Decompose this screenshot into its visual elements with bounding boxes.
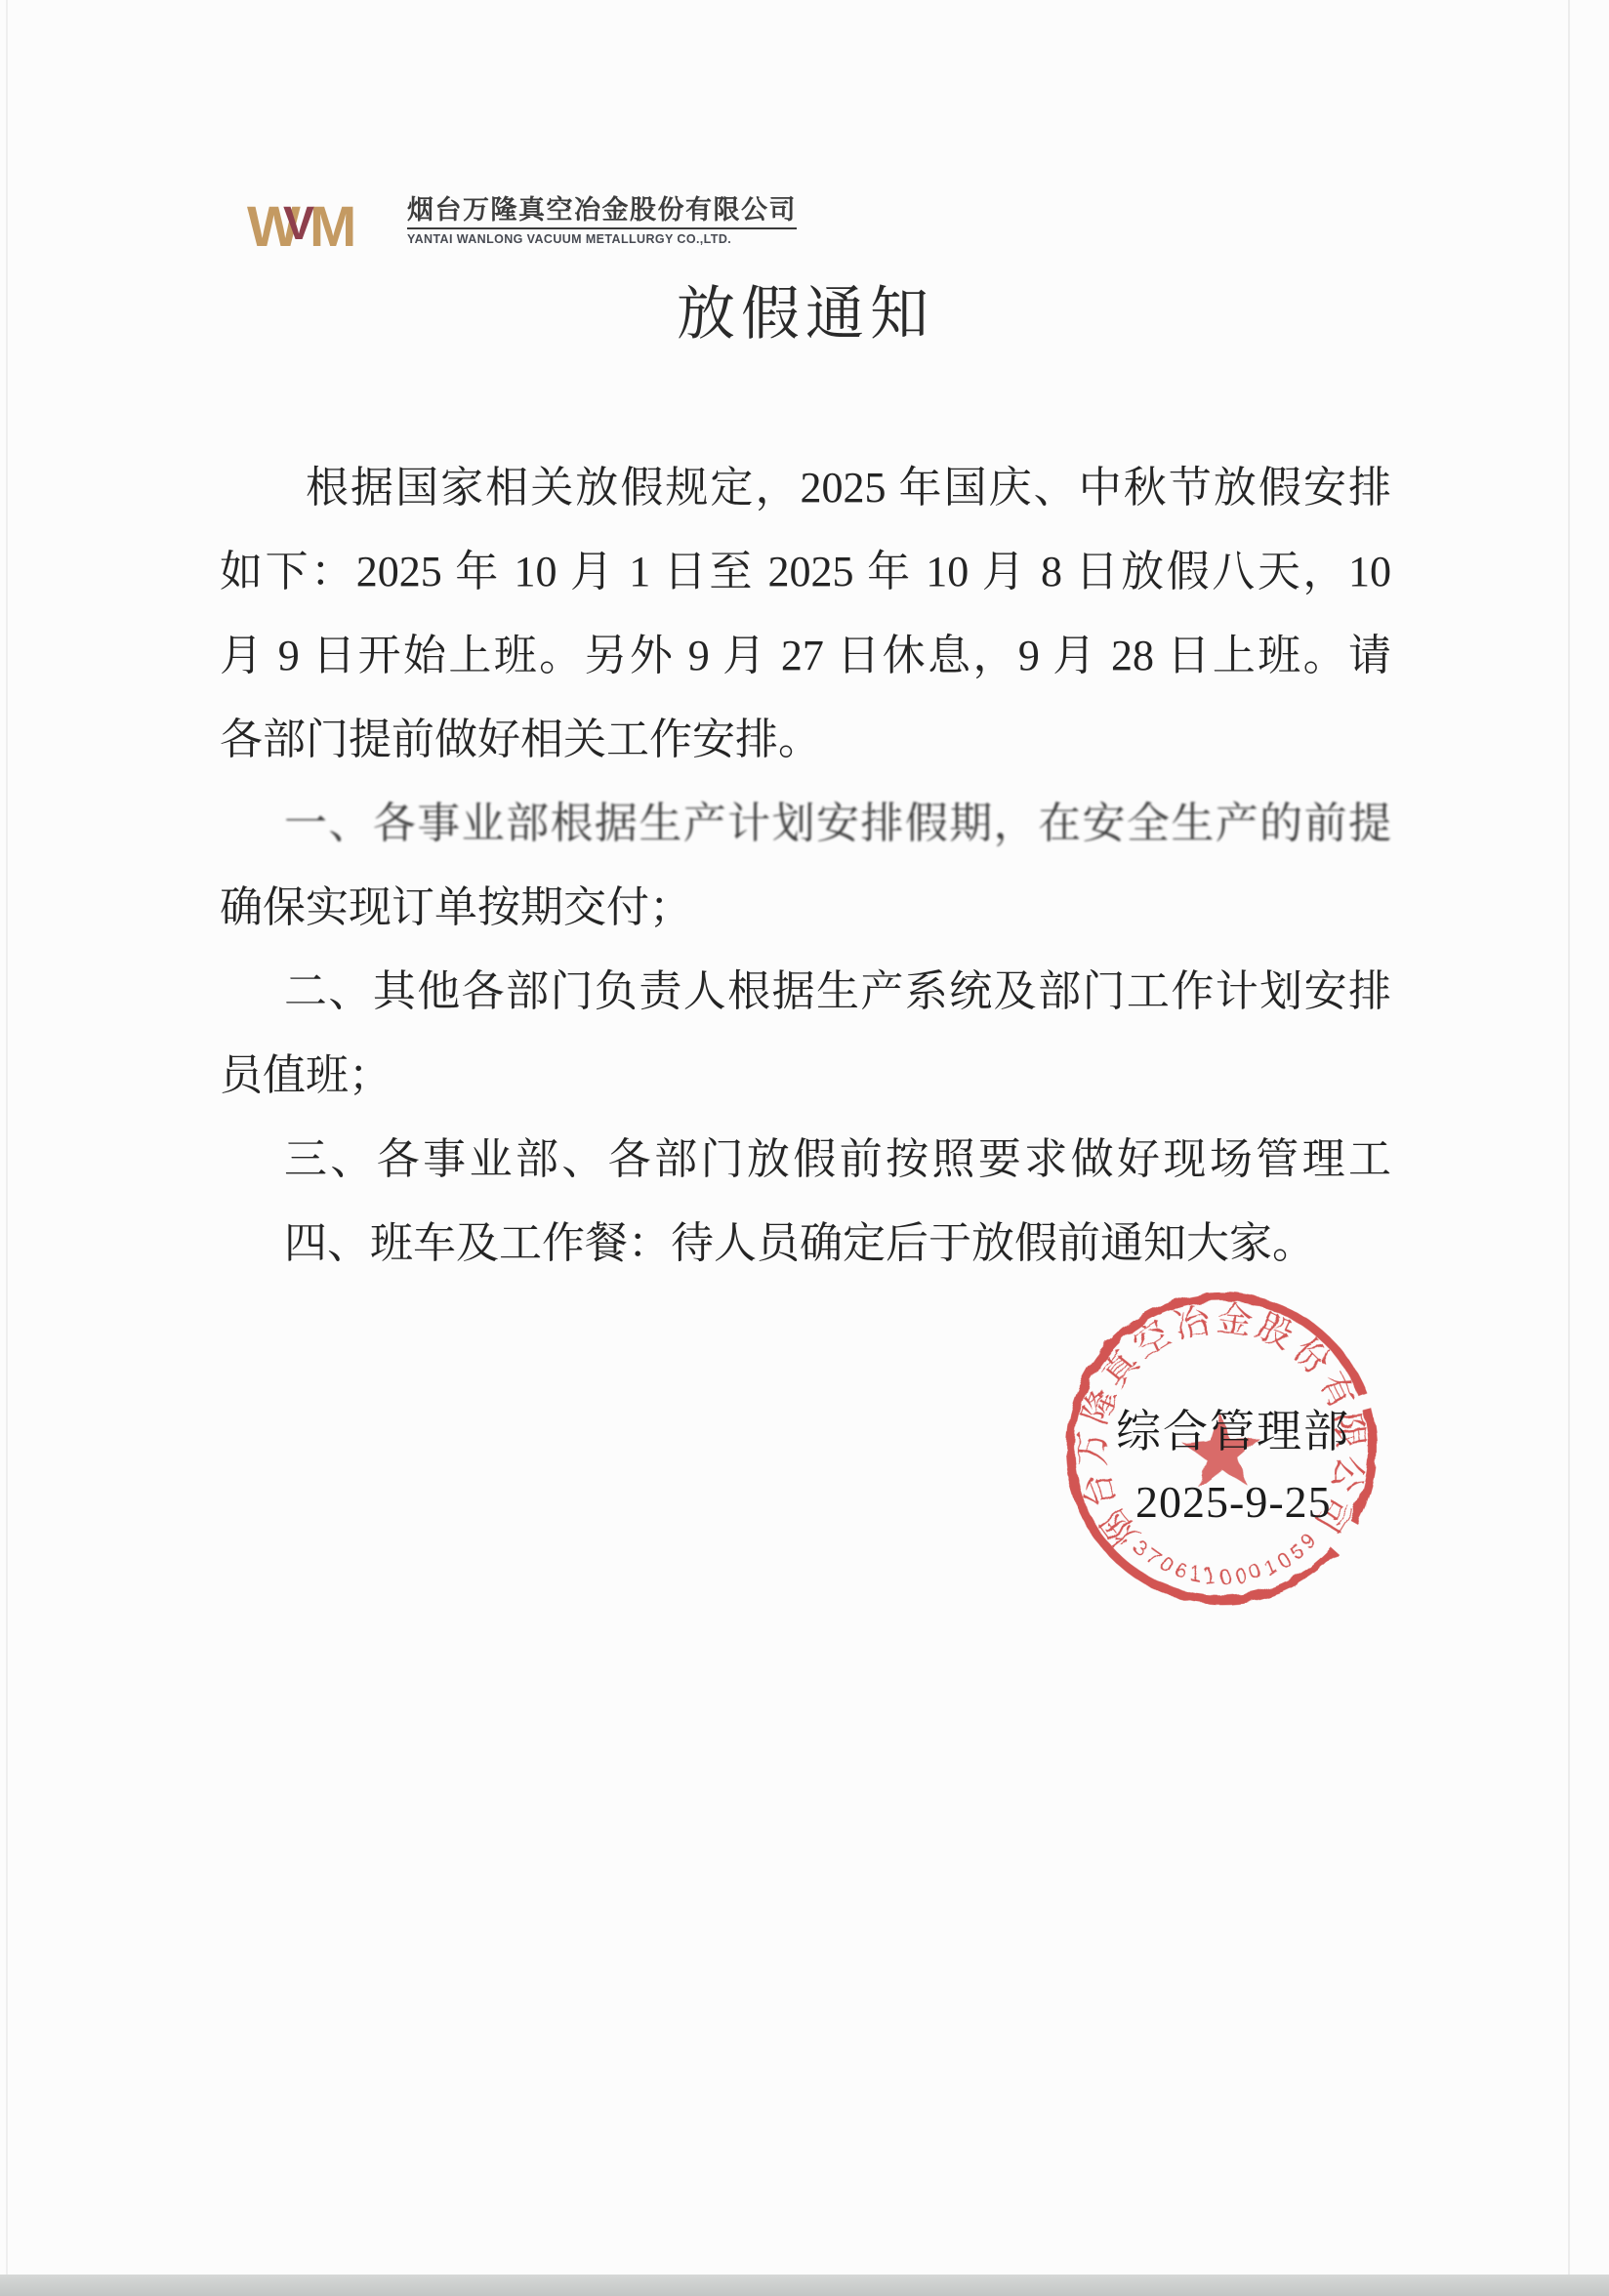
body-line: 如下：2025 年 10 月 1 日至 2025 年 10 月 8 日放假八天，… [220, 530, 1391, 614]
logo-letter-v: V [283, 198, 314, 250]
scan-edge-bottom [0, 2275, 1609, 2296]
notice-body: 根据国家相关放假规定，2025 年国庆、中秋节放假安排 如下：2025 年 10… [220, 446, 1391, 1286]
page-title: 放假通知 [220, 279, 1391, 349]
body-line: 三、各事业部、各部门放假前按照要求做好现场管理工作； [220, 1118, 1391, 1202]
logo-divider [407, 227, 797, 229]
body-line: 一、各事业部根据生产计划安排假期，在安全生产的前提下， [220, 782, 1391, 866]
body-line: 确保实现订单按期交付； [220, 866, 1391, 950]
logo-letter-m: M [309, 195, 356, 258]
company-logo: W M V 烟台万隆真空冶金股份有限公司 YANTAI WANLONG VACU… [247, 195, 797, 258]
signature-department: 综合管理部 [1116, 1396, 1350, 1460]
body-line: 月 9 日开始上班。另外 9 月 27 日休息，9 月 28 日上班。请 [220, 614, 1391, 698]
body-line: 根据国家相关放假规定，2025 年国庆、中秋节放假安排 [220, 446, 1391, 530]
logo-text-block: 烟台万隆真空冶金股份有限公司 YANTAI WANLONG VACUUM MET… [407, 195, 797, 246]
company-name-cn: 烟台万隆真空冶金股份有限公司 [407, 195, 797, 225]
body-line: 二、其他各部门负责人根据生产系统及部门工作计划安排人 [220, 950, 1391, 1034]
body-line: 员值班； [220, 1034, 1391, 1118]
scan-edge-right [1568, 0, 1570, 2296]
company-name-en: YANTAI WANLONG VACUUM METALLURGY CO.,LTD… [407, 232, 797, 246]
wvm-logo-icon: W M V [247, 195, 393, 258]
scan-edge-left [6, 0, 8, 2296]
scanned-notice-page: W M V 烟台万隆真空冶金股份有限公司 YANTAI WANLONG VACU… [0, 0, 1609, 2296]
body-line: 各部门提前做好相关工作安排。 [220, 698, 1391, 782]
signature-date: 2025-9-25 [1135, 1476, 1332, 1528]
